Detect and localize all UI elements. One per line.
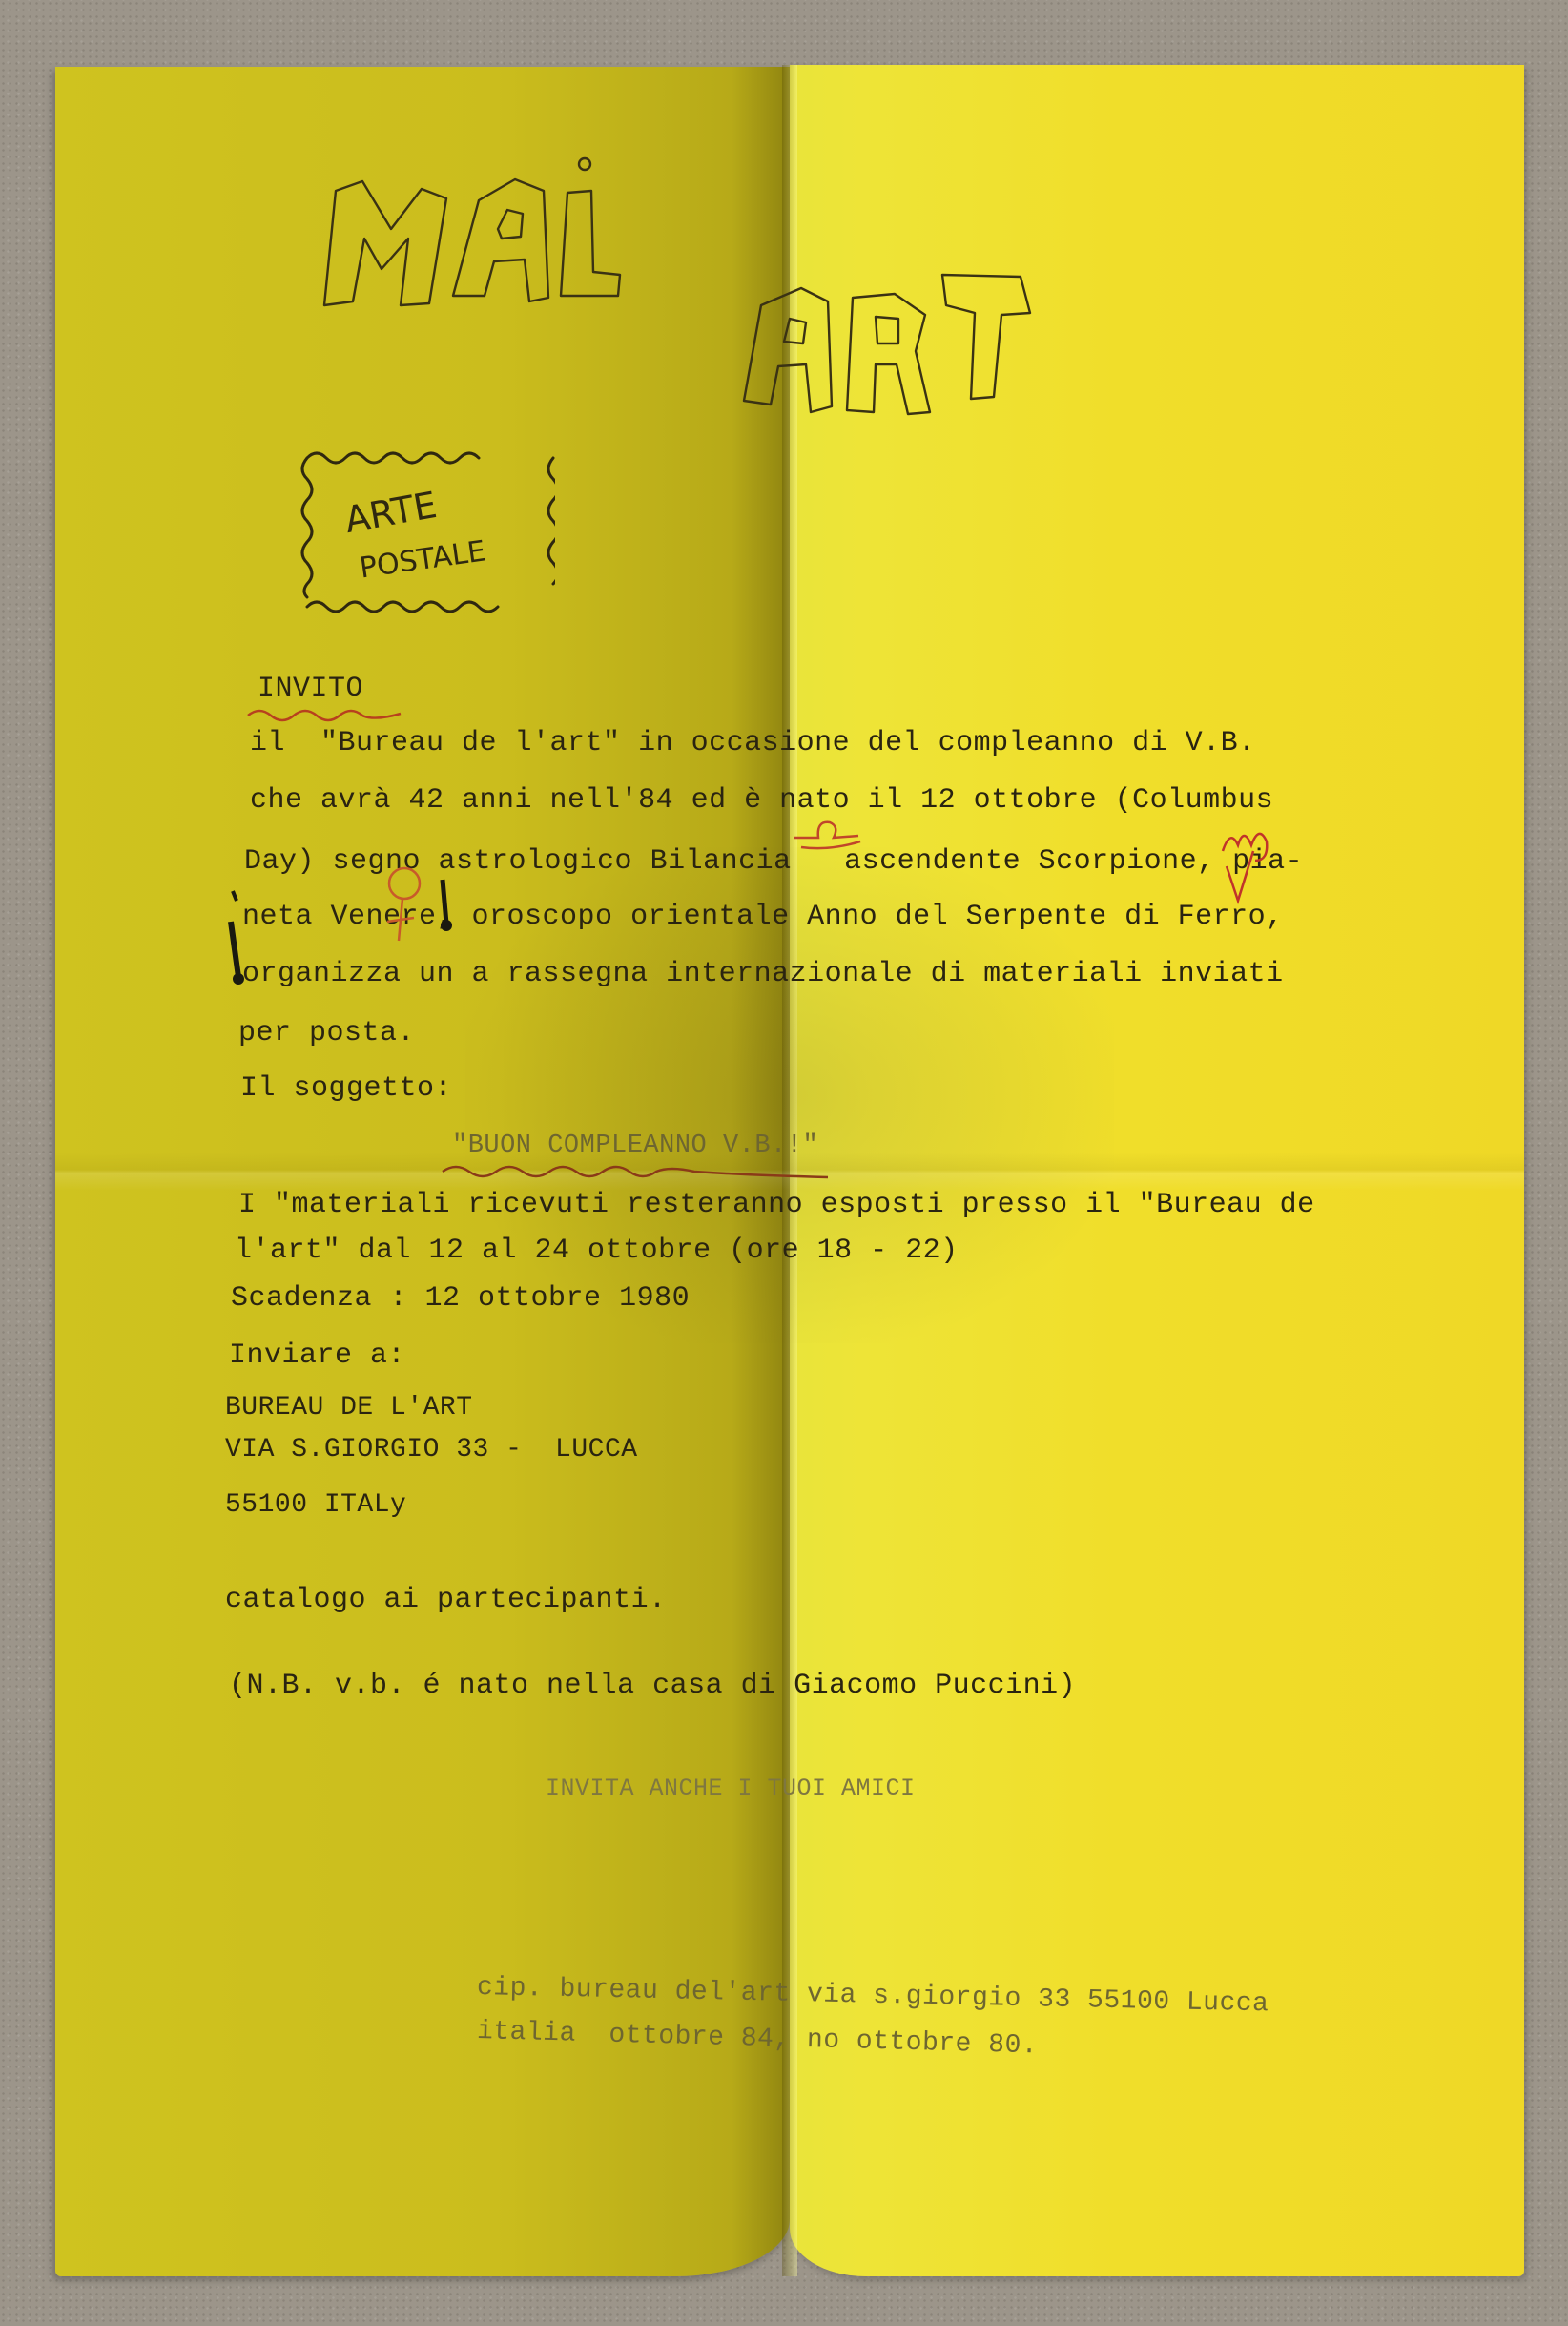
puccini-note: (N.B. v.b. é nato nella casa di Giacomo …: [229, 1670, 1076, 1702]
send-to-label: Inviare a:: [229, 1340, 405, 1372]
body-line-5: organizza un a rassegna internazionale d…: [242, 958, 1284, 990]
invito-heading: INVITO: [258, 673, 363, 705]
exhibit-line-1: I "materiali ricevuti resteranno esposti…: [238, 1189, 1315, 1221]
venus-symbol-icon: [382, 859, 439, 945]
heading-red-underline: [246, 704, 408, 723]
art-word: [744, 275, 1030, 414]
invite-friends-line: INVITA ANCHE I TUOI AMICI: [546, 1775, 916, 1802]
subject-red-underline: [441, 1162, 841, 1183]
address-line-3: 55100 ITALy: [225, 1490, 406, 1520]
stamp-perforated-border: [302, 453, 555, 612]
subject-title: "BUON COMPLEANNO V.B.!": [452, 1132, 818, 1160]
body-line-2: che avrà 42 anni nell'84 ed è nato il 12…: [250, 784, 1273, 817]
mail-word: [324, 158, 620, 305]
stamp-text-line2: POSTALE: [358, 534, 488, 585]
exhibit-line-2: l'art" dal 12 al 24 ottobre (ore 18 - 22…: [235, 1235, 959, 1267]
scorpio-symbol-icon: [1217, 822, 1293, 908]
libra-symbol-icon: [792, 817, 868, 855]
body-line-1: il "Bureau de l'art" in occasione del co…: [250, 727, 1256, 759]
body-line-6: per posta.: [238, 1017, 415, 1049]
deadline: Scadenza : 12 ottobre 1980: [231, 1282, 690, 1315]
address-line-1: BUREAU DE L'ART: [225, 1393, 473, 1423]
stamp-text-line1: ARTE: [341, 484, 440, 541]
catalog-note: catalogo ai partecipanti.: [225, 1584, 667, 1616]
body-line-7: Il soggetto:: [240, 1072, 452, 1105]
black-correction-mark-oroscopo: [431, 876, 460, 943]
arte-postale-stamp-drawing: ARTE POSTALE: [250, 382, 555, 630]
address-line-2: VIA S.GIORGIO 33 - LUCCA: [225, 1435, 638, 1464]
black-correction-mark-left: [225, 887, 263, 992]
